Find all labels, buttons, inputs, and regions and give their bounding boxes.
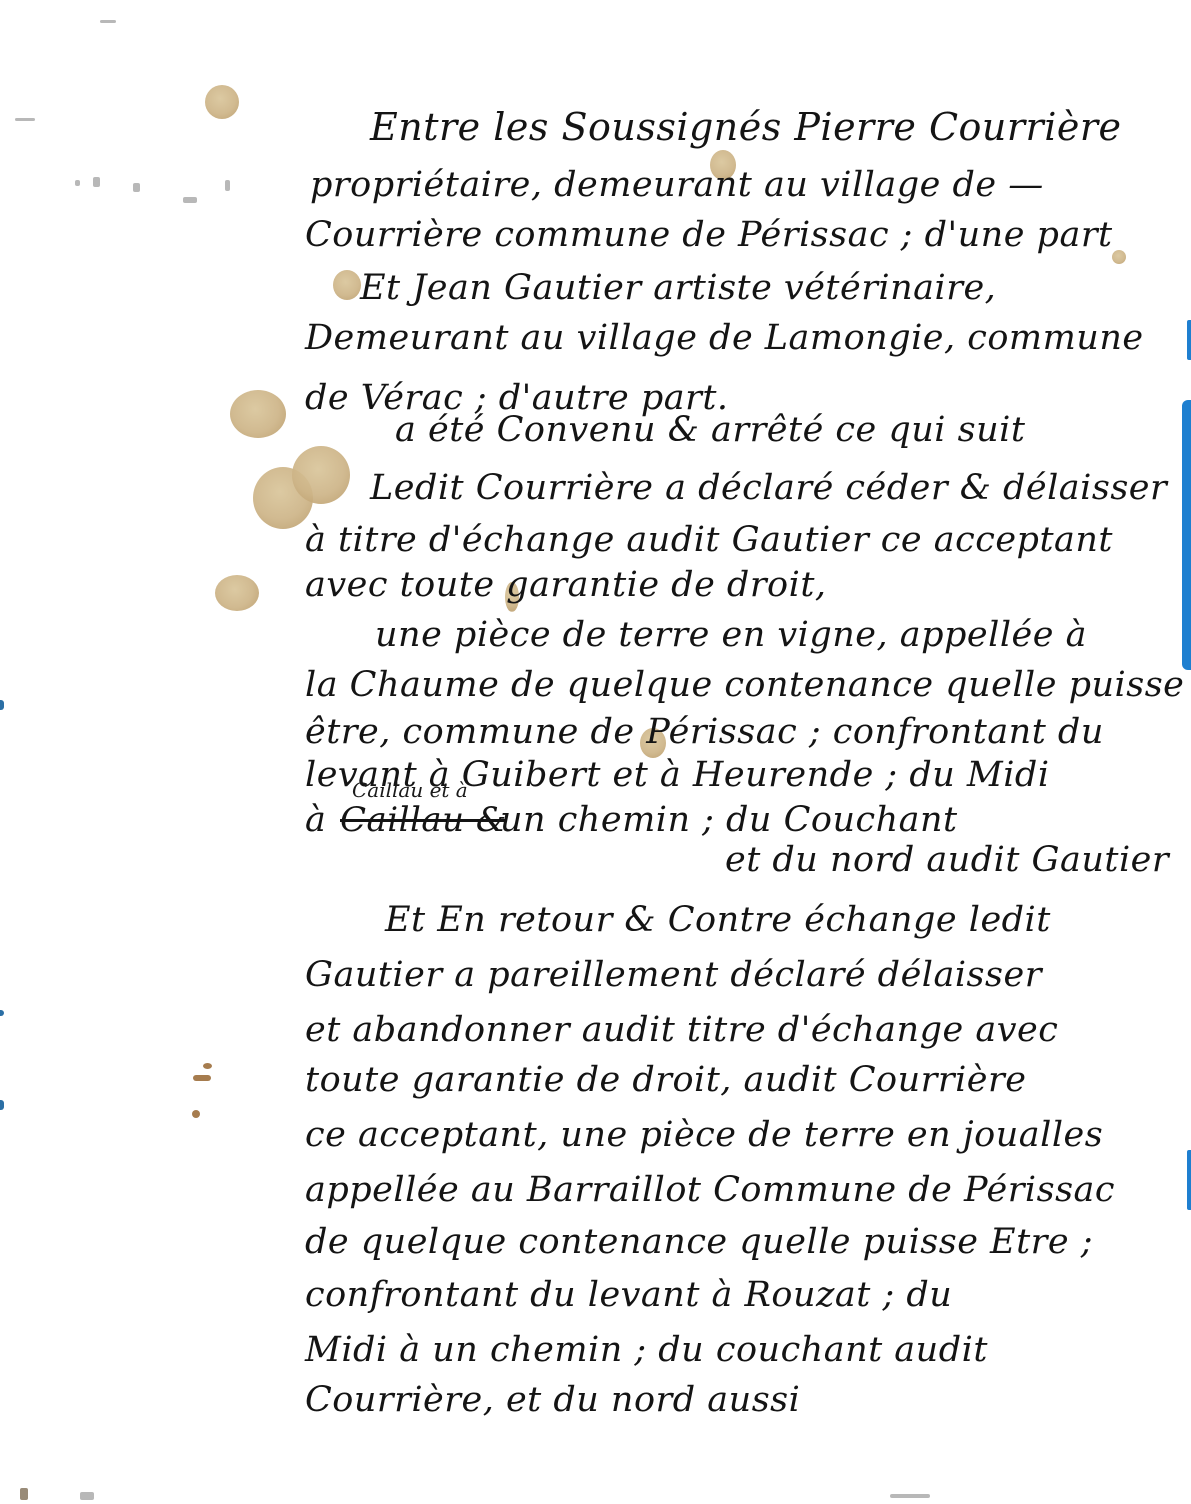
paper-speck — [93, 177, 100, 187]
interlinear-insertion: Caillau et à — [352, 778, 468, 802]
text-line: propriétaire, demeurant au village de — — [310, 165, 1044, 205]
text-line: une pièce de terre en vigne, appellée à — [375, 615, 1087, 655]
paper-speck — [225, 180, 230, 191]
text-line: appellée au Barraillot Commune de Périss… — [305, 1170, 1115, 1210]
text-line: Ledit Courrière a déclaré céder & délais… — [370, 468, 1167, 508]
stain — [333, 270, 361, 300]
stain — [215, 575, 259, 611]
scan-edge-blue-left — [0, 1010, 4, 1016]
ink-spot — [193, 1075, 211, 1081]
text-line: Entre les Soussignés Pierre Courrière — [370, 105, 1122, 149]
text-line: Courrière commune de Périssac ; d'une pa… — [305, 215, 1113, 255]
ink-spot — [203, 1063, 212, 1069]
text-line: à titre d'échange audit Gautier ce accep… — [305, 520, 1113, 560]
paper-speck — [100, 20, 116, 23]
paper-speck — [890, 1494, 930, 1498]
text-line: avec toute garantie de droit, — [305, 565, 827, 605]
stain — [205, 85, 239, 119]
text-line-continuation: un chemin ; du Couchant — [500, 800, 958, 840]
stain — [1112, 250, 1126, 264]
text-line: Demeurant au village de Lamongie, commun… — [305, 318, 1144, 358]
text-line: confrontant du levant à Rouzat ; du — [305, 1275, 952, 1315]
paper-speck — [80, 1492, 94, 1500]
text-line: Et En retour & Contre échange ledit — [385, 900, 1051, 940]
paper-speck — [133, 183, 140, 192]
scan-edge-blue-left — [0, 1100, 4, 1110]
text-line: Midi à un chemin ; du couchant audit — [305, 1330, 988, 1370]
paper-speck — [183, 197, 197, 203]
scan-edge-blue — [1182, 400, 1191, 670]
paper-speck — [20, 1488, 28, 1500]
scan-edge-blue-lower — [1187, 1150, 1191, 1210]
text-line: Gautier a pareillement déclaré délaisser — [305, 955, 1042, 995]
text-line: à — [305, 800, 326, 840]
stain — [292, 446, 350, 504]
text-line: de quelque contenance quelle puisse Etre… — [305, 1222, 1093, 1262]
text-line: a été Convenu & arrêté ce qui suit — [395, 410, 1025, 450]
text-line: la Chaume de quelque contenance quelle p… — [305, 665, 1184, 705]
text-line: et abandonner audit titre d'échange avec — [305, 1010, 1058, 1050]
scan-edge-blue-left — [0, 700, 4, 710]
text-line: ce acceptant, une pièce de terre en joua… — [305, 1115, 1103, 1155]
text-line: toute garantie de droit, audit Courrière — [305, 1060, 1026, 1100]
scan-edge-blue-top — [1187, 320, 1191, 360]
struck-through-word: Caillau & — [340, 800, 507, 840]
text-line: et du nord audit Gautier — [725, 840, 1169, 880]
stain — [230, 390, 286, 438]
paper-speck — [15, 118, 35, 121]
text-line: Courrière, et du nord aussi — [305, 1380, 800, 1420]
paper-speck — [75, 180, 80, 186]
text-line: Et Jean Gautier artiste vétérinaire, — [360, 268, 996, 308]
text-line: être, commune de Périssac ; confrontant … — [305, 712, 1104, 752]
manuscript-page: Entre les Soussignés Pierre Courrière pr… — [0, 0, 1191, 1504]
ink-spot — [192, 1110, 200, 1118]
